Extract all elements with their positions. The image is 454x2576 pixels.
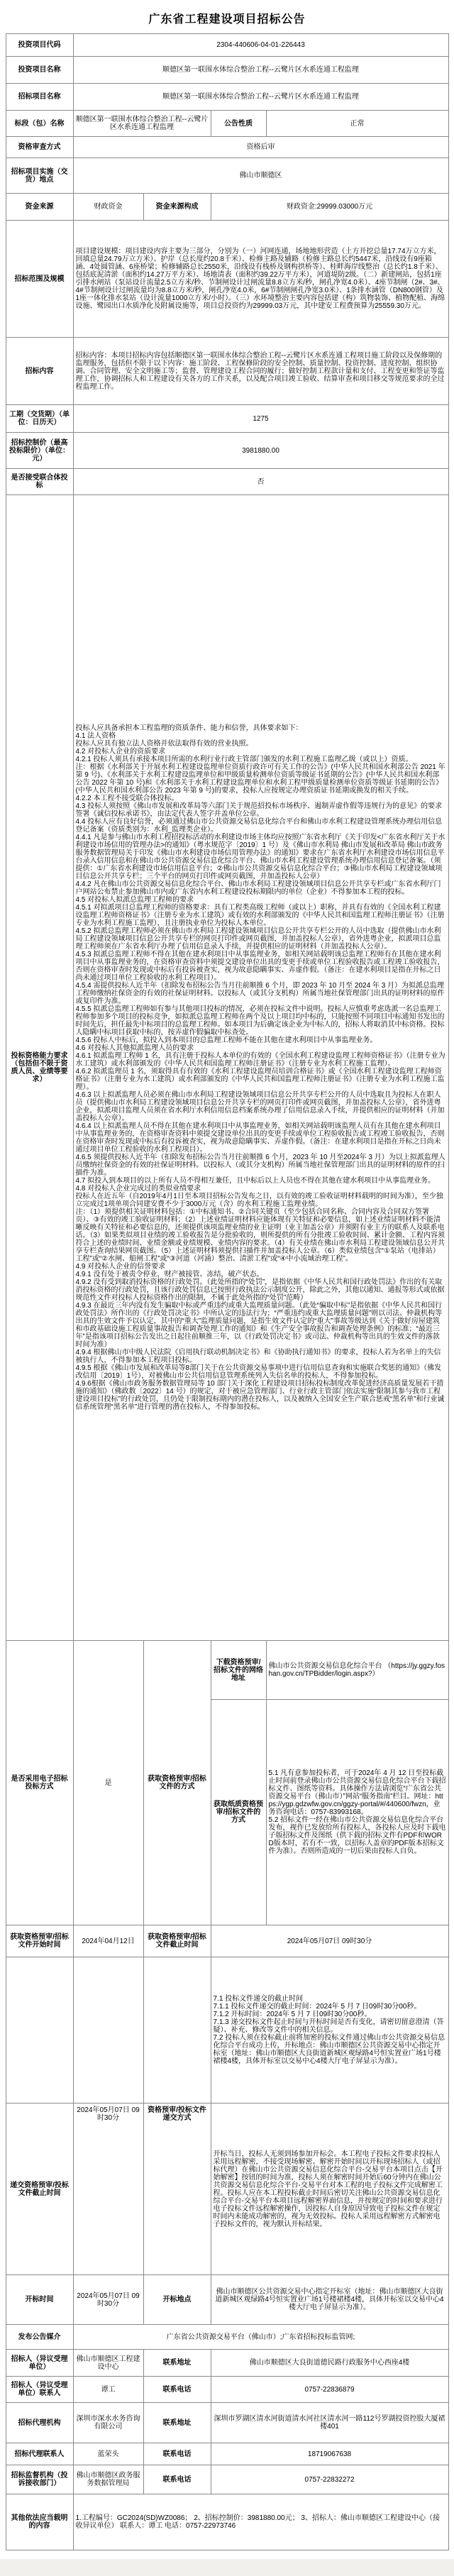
table-row: 获取资格预审/招标文件开始时间 2024年04月12日 获取资格预审/招标文件截…	[6, 1925, 448, 1957]
duration-label: 工期（交货期）（单位：日历天）	[6, 405, 73, 433]
table-row: 招标代理机构 深圳市深水水务咨询有限公司 联系地址 深圳市罗湖区清水河街道清水河…	[6, 2403, 448, 2443]
content-value: 招标内容：本项目招标内容包括顺德区第一联围水体综合整治工程--云鹭片区水系连通工…	[73, 338, 448, 405]
download-url-value: 佛山市公共资源交易信息化综合平台 （https://jy.ggzy.foshan…	[266, 1641, 448, 1700]
agency-phone-label: 联系电话	[143, 2443, 211, 2465]
submit-method-value: 开标当日，投标人无须到场参加开标会。本工程电子投标文件要求投标人采用远程解密，不…	[211, 2104, 448, 2275]
table-row: 招标项目名称 顺德区第一联围水体综合整治工程--云鹭片区水系连通工程监理	[6, 84, 448, 111]
page-footer	[0, 2559, 454, 2576]
agency-addr-label: 联系地址	[143, 2403, 211, 2443]
obtain-end-value: 2024年05月07日 09时30分	[211, 1925, 448, 1957]
tenderer-phone-label: 联系电话	[143, 2377, 211, 2403]
other-label: 其他依法应当载明的内容	[6, 2494, 73, 2550]
section-label: 标段（包）名称	[6, 111, 73, 137]
tenderer-contact-label: 招标人（异议受理单位）联系人	[6, 2377, 73, 2403]
table-row: 开标时间 2024年05月07日 09时30分 开标地点 佛山市顺德区公共资源交…	[6, 2275, 448, 2325]
investment-code-value: 2304-440606-04-01-226443	[73, 34, 448, 57]
location-value: 佛山市顺德区	[73, 158, 448, 194]
control-price-value: 3981880.00	[73, 433, 448, 469]
funding-value: 财政资金	[73, 194, 143, 221]
table-row: 招标监督机构（投诉接收部门） 佛山市顺德区政务服务数据管理局 联系电话 0757…	[6, 2465, 448, 2494]
tenderer-label: 招标人（异议受理单位）	[6, 2350, 73, 2377]
supervisor-phone-value: 0757-22832272	[211, 2465, 448, 2494]
agency-label: 招标代理机构	[6, 2403, 73, 2443]
agency-value: 深圳市深水水务咨询有限公司	[73, 2403, 143, 2443]
table-row: 招标控制价（最高投标限价）（单位：元） 3981880.00	[6, 433, 448, 469]
agency-contact-label: 招标代理联系人	[6, 2443, 73, 2465]
tenderer-addr-label: 联系地址	[143, 2350, 211, 2377]
submit-method-label: 资格预审/投标文件递交方式	[143, 2104, 211, 2275]
table-row: 递交资格预审/投标文件截止时间 2024年05月07日 09时30分 资格预审/…	[6, 2104, 448, 2275]
table-row: 招标人（异议受理单位） 佛山市顺德区工程建设中心 联系地址 佛山市顺德区大良街道…	[6, 2350, 448, 2377]
funding-composition-value: 财政资金:29999.03000万元	[211, 194, 448, 221]
qualification-method-label: 资格审查方式	[6, 137, 73, 158]
tenderer-contact-value: 谭工	[73, 2377, 143, 2403]
obtain-start-label: 获取资格预审/招标文件开始时间	[6, 1925, 73, 1957]
empty-cell	[143, 1957, 211, 2104]
consortium-label: 是否接受联合体投标	[6, 469, 73, 495]
tender-name-label: 招标项目名称	[6, 84, 73, 111]
tenderer-phone-value: 0757-22836879	[211, 2377, 448, 2403]
tender-name-value: 顺德区第一联围水体综合整治工程--云鹭片区水系连通工程监理	[73, 84, 448, 111]
submit-deadline-label: 递交资格预审/投标文件截止时间	[6, 2104, 73, 2275]
consortium-value: 否	[73, 469, 448, 495]
e-bidding-value: 是	[73, 1641, 143, 1925]
funding-label: 资金来源	[6, 194, 73, 221]
investment-name-value: 顺德区第一联围水体综合整治工程--云鹭片区水系连通工程监理	[73, 57, 448, 84]
other-value: 1.工程编号：GC2024(SD)WZ0086； 2、招标控制价：3981880…	[73, 2494, 448, 2550]
table-row: 其他依法应当载明的内容 1.工程编号：GC2024(SD)WZ0086； 2、招…	[6, 2494, 448, 2550]
supervisor-value: 佛山市顺德区政务服务数据管理局	[73, 2465, 143, 2494]
empty-cell	[6, 1957, 73, 2104]
table-row: 资金来源 财政资金 资金来源构成 财政资金:29999.03000万元	[6, 194, 448, 221]
download-url-label: 下载资格预审/招标文件的网络地址	[211, 1641, 266, 1700]
table-row: 投资项目名称 顺德区第一联围水体综合整治工程--云鹭片区水系连通工程监理	[6, 57, 448, 84]
qualification-req-label: 投标资格能力要求（包括但不限于资质人员、业绩等要求）	[6, 495, 73, 1641]
opening-place-label: 开标地点	[143, 2275, 211, 2325]
notice-nature-label: 公告性质	[211, 111, 266, 137]
notice-nature-value: 正常	[266, 111, 448, 137]
duration-value: 1275	[73, 405, 448, 433]
agency-phone-value: 18719067638	[211, 2443, 448, 2465]
table-row: 招标代理联系人 蓝荣头 联系电话 18719067638	[6, 2443, 448, 2465]
tenderer-value: 佛山市顺德区工程建设中心	[73, 2350, 143, 2377]
table-row: 投标资格能力要求（包括但不限于资质人员、业绩等要求） 投标人应具备承担本工程监理…	[6, 495, 448, 1641]
table-row: 招标项目实施（交货）地点 佛山市顺德区	[6, 158, 448, 194]
obtain-end-label: 获取资格预审/招标文件截止时间	[143, 1925, 211, 1957]
announcement-table: 投资项目代码 2304-440606-04-01-226443 投资项目名称 顺…	[6, 33, 449, 2550]
submit-deadline-value: 2024年05月07日 09时30分	[73, 2104, 143, 2275]
submission-note-value: 7.1 投标文件递交的截止时间 7.1.1 投标文件递交的截止时间：2024年 …	[211, 1957, 448, 2104]
table-row: 是否接受联合体投标 否	[6, 469, 448, 495]
qualification-method-value: 资格后审	[73, 137, 448, 158]
investment-name-label: 投资项目名称	[6, 57, 73, 84]
table-row: 标段（包）名称 顺德区第一联围水体综合整治工程--云鹭片区水系连通工程监理 公告…	[6, 111, 448, 137]
obtain-start-value: 2024年04月12日	[73, 1925, 143, 1957]
scope-value: 项目建设规模：项目建设内容主要为三部分，分别为（一）河网连通，场地地形营造（土方…	[73, 221, 448, 338]
control-price-label: 招标控制价（最高投标限价）（单位：元）	[6, 433, 73, 469]
content-label: 招标内容	[6, 338, 73, 405]
location-label: 招标项目实施（交货）地点	[6, 158, 73, 194]
media-value: 广东省公共资源交易平台（佛山市）;广东省招标投标监管网;	[73, 2325, 448, 2350]
supervisor-label: 招标监督机构（投诉接收部门）	[6, 2465, 73, 2494]
table-row: 是否采用电子招标投标方式 是 获取资格预审/招标文件的方式 下载资格预审/招标文…	[6, 1641, 448, 1700]
table-row: 招标范围及规模 项目建设规模：项目建设内容主要为三部分，分别为（一）河网连通，场…	[6, 221, 448, 338]
supervisor-phone-label: 联系电话	[143, 2465, 211, 2494]
table-row: 7.1 投标文件递交的截止时间 7.1.1 投标文件递交的截止时间：2024年 …	[6, 1957, 448, 2104]
investment-code-label: 投资项目代码	[6, 34, 73, 57]
empty-cell	[73, 1957, 143, 2104]
table-row: 发布公告媒介 广东省公共资源交易平台（佛山市）;广东省招标投标监管网;	[6, 2325, 448, 2350]
paper-method-value: 5.1 凡有意参加投标者，可于2024年 4 月 12 日至投标截止时间前登录佛…	[266, 1700, 448, 1925]
media-label: 发布公告媒介	[6, 2325, 73, 2350]
obtain-method-label: 获取资格预审/招标文件的方式	[143, 1641, 211, 1925]
funding-composition-label: 资金来源构成	[143, 194, 211, 221]
e-bidding-label: 是否采用电子招标投标方式	[6, 1641, 73, 1925]
announcement-page: 广东省工程建设项目招标公告 投资项目代码 2304-440606-04-01-2…	[0, 0, 454, 2576]
scope-label: 招标范围及规模	[6, 221, 73, 338]
table-row: 招标人（异议受理单位）联系人 谭工 联系电话 0757-22836879	[6, 2377, 448, 2403]
table-row: 工期（交货期）（单位：日历天） 1275	[6, 405, 448, 433]
qualification-req-value: 投标人应具备承担本工程监理的资质条件、能力和信誉，具体要求如下： 4.1 法人资…	[73, 495, 448, 1641]
opening-time-label: 开标时间	[6, 2275, 73, 2325]
table-row: 招标内容 招标内容：本项目招标内容包括顺德区第一联围水体综合整治工程--云鹭片区…	[6, 338, 448, 405]
page-title: 广东省工程建设项目招标公告	[0, 0, 454, 33]
table-row: 资格审查方式 资格后审	[6, 137, 448, 158]
agency-contact-value: 蓝荣头	[73, 2443, 143, 2465]
tenderer-addr-value: 佛山市顺德区大良街道德民路行政服务中心西座4楼	[211, 2350, 448, 2377]
paper-method-label: 获取纸质资格预审/招标文件的方式	[211, 1700, 266, 1925]
table-row: 投资项目代码 2304-440606-04-01-226443	[6, 34, 448, 57]
opening-time-value: 2024年05月07日 09时30分	[73, 2275, 143, 2325]
agency-addr-value: 深圳市罗湖区清水河街道清水河社区清水河一路112号罗湖投资控股大厦裙楼401	[211, 2403, 448, 2443]
section-value: 顺德区第一联围水体综合整治工程--云鹭片区水系连通工程监理	[73, 111, 211, 137]
opening-place-value: 佛山市顺德区公共资源交易中心指定开标室（地址：佛山市顺德区大良街道新城区观绿路4…	[211, 2275, 448, 2325]
